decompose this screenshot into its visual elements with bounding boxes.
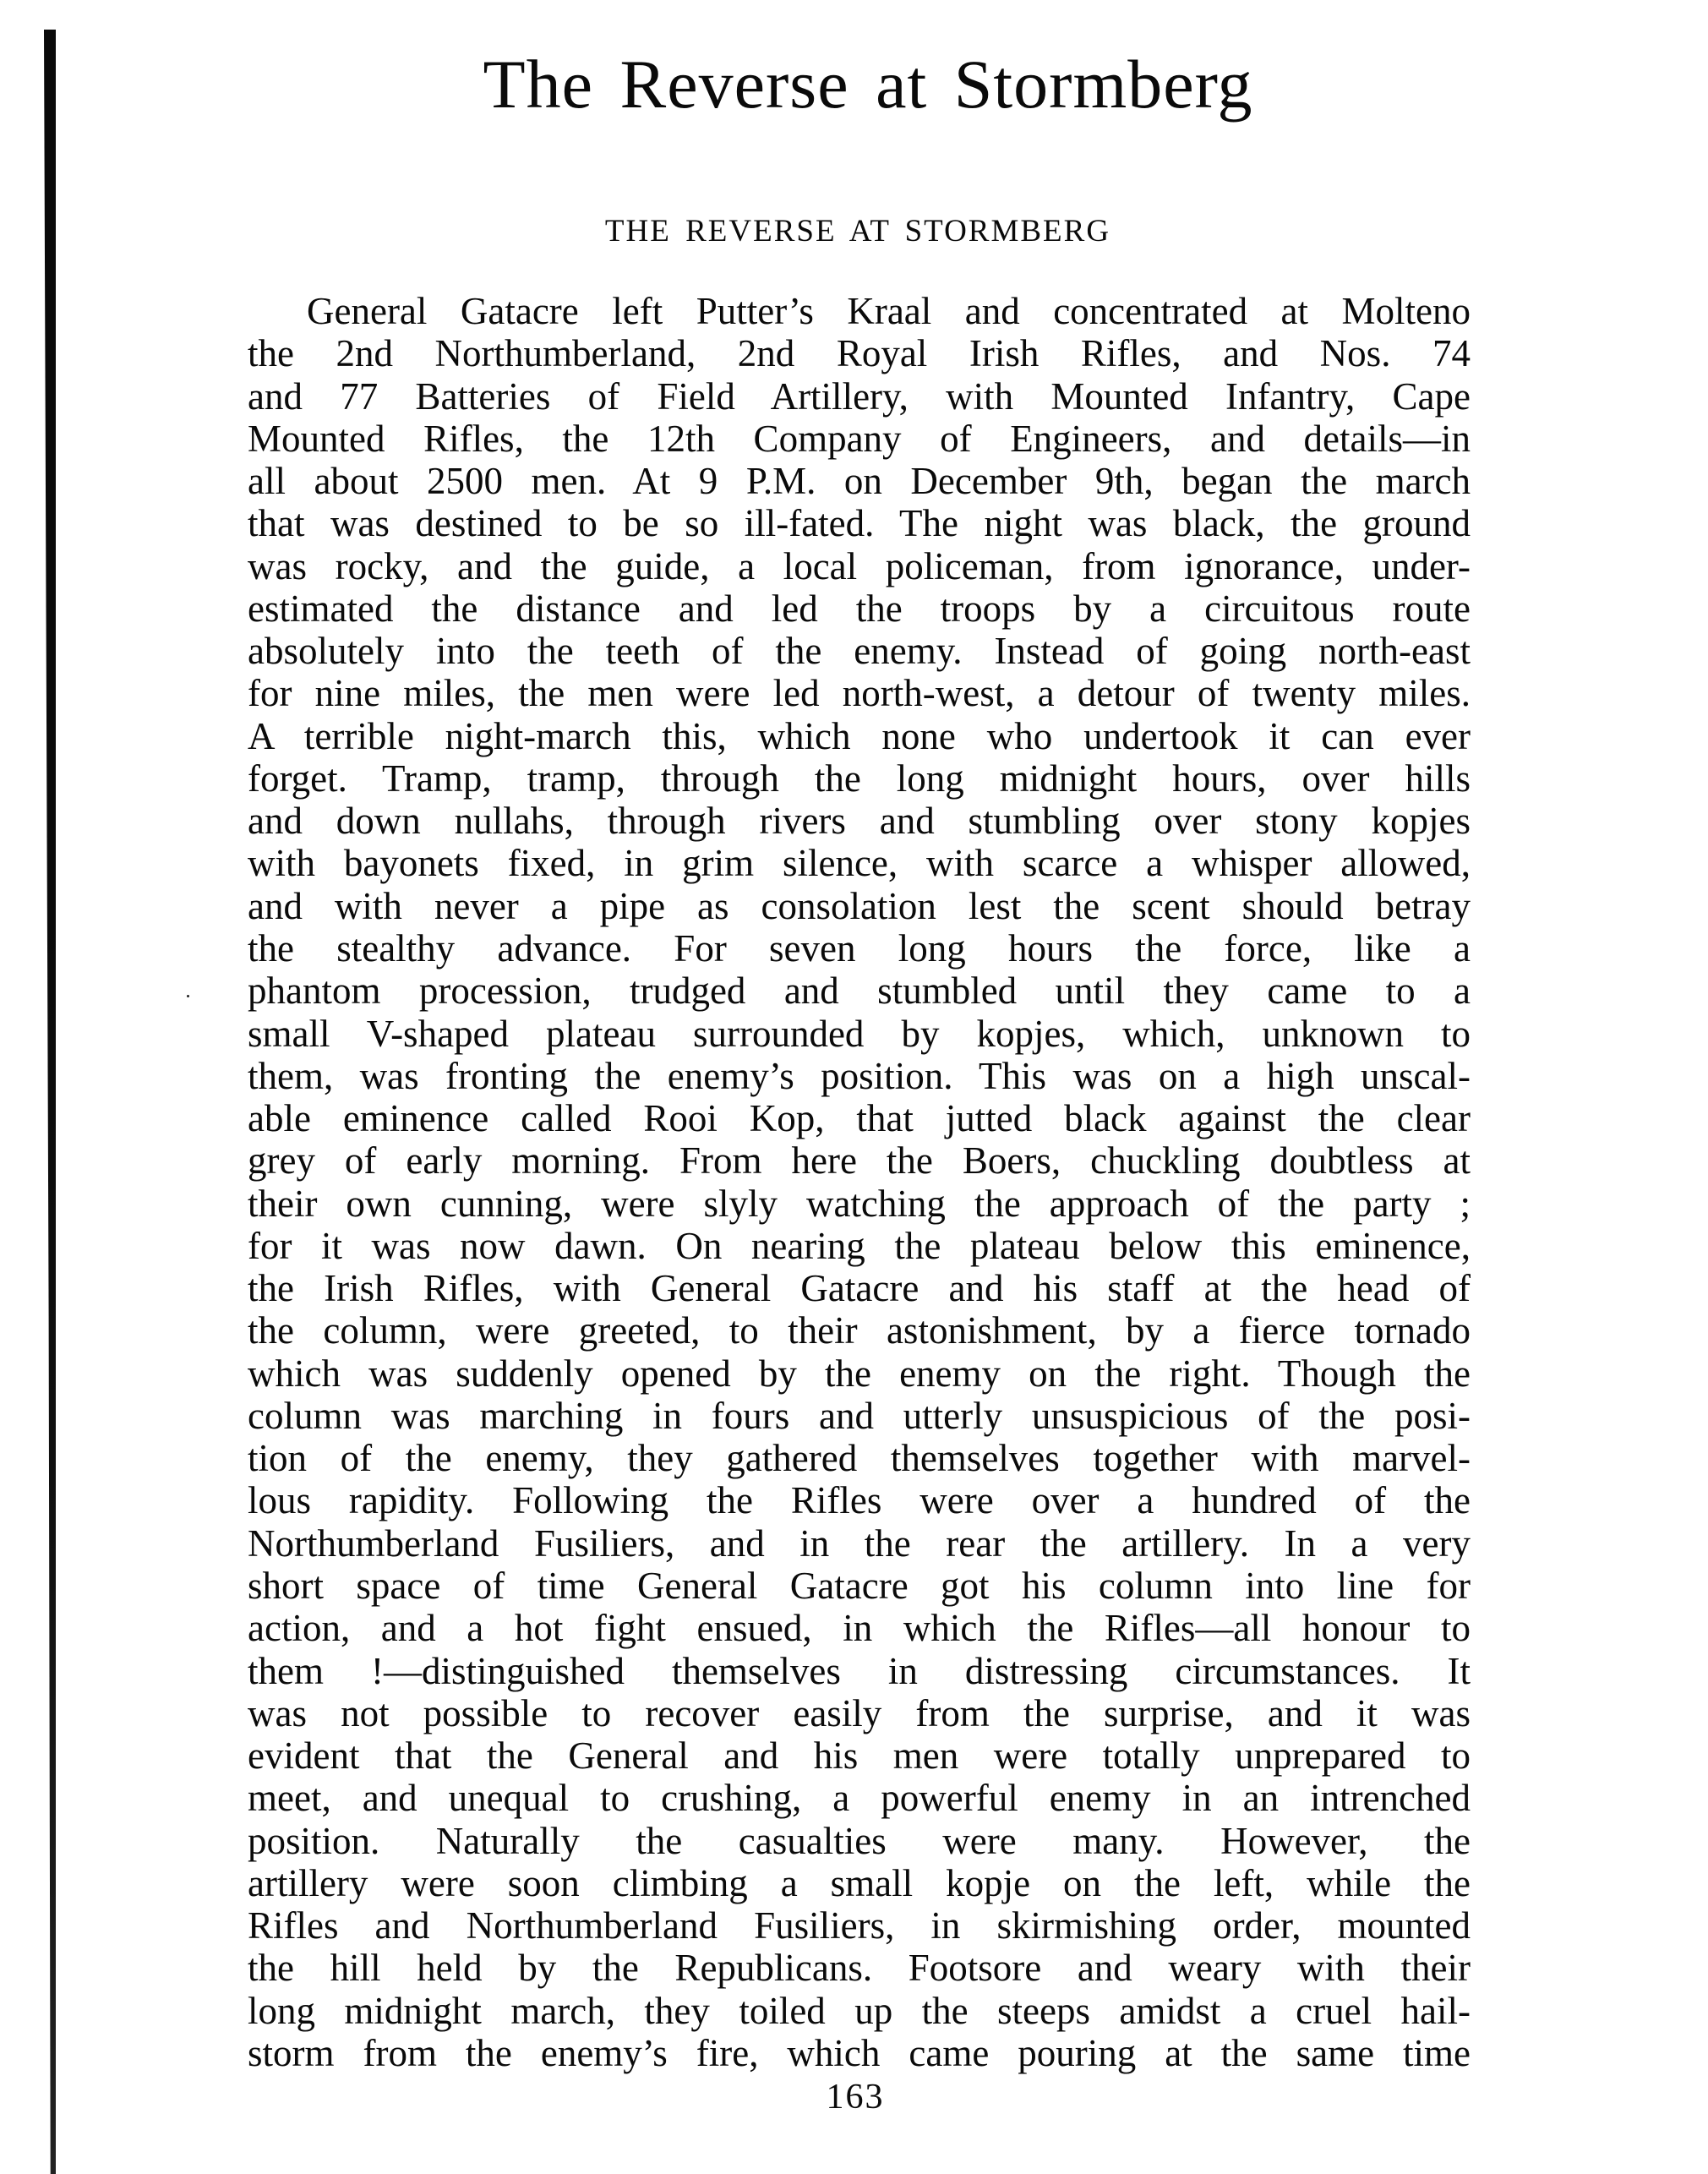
text-line: them, was fronting the enemy’s position.… [248, 1055, 1471, 1097]
book-page: The Reverse at Stormberg THE REVERSE AT … [0, 0, 1708, 2174]
text-line: lous rapidity. Following the Rifles were… [248, 1479, 1471, 1521]
text-line: and down nullahs, through rivers and stu… [248, 800, 1471, 842]
binding-edge-shadow [44, 30, 56, 2174]
chapter-title: THE REVERSE AT STORMBERG [507, 213, 1209, 250]
text-line: short space of time General Gatacre got … [248, 1565, 1471, 1607]
text-line: which was suddenly opened by the enemy o… [248, 1352, 1471, 1395]
text-line: the Irish Rifles, with General Gatacre a… [248, 1267, 1471, 1309]
text-line: was rocky, and the guide, a local police… [248, 545, 1471, 587]
text-line: the hill held by the Republicans. Footso… [248, 1947, 1471, 1989]
text-line: long midnight march, they toiled up the … [248, 1990, 1471, 2032]
text-line: small V-shaped plateau surrounded by kop… [248, 1013, 1471, 1055]
text-line: with bayonets fixed, in grim silence, wi… [248, 842, 1471, 884]
text-line: the stealthy advance. For seven long hou… [248, 927, 1471, 970]
body-text: General Gatacre left Putter’s Kraal and … [248, 290, 1471, 2074]
scan-speck [187, 995, 189, 997]
text-line: for it was now dawn. On nearing the plat… [248, 1225, 1471, 1267]
page-number: 163 [813, 2076, 898, 2118]
text-line: Northumberland Fusiliers, and in the rea… [248, 1522, 1471, 1565]
text-line: storm from the enemy’s fire, which came … [248, 2032, 1471, 2074]
text-line: A terrible night-march this, which none … [248, 715, 1471, 757]
text-line: estimated the distance and led the troop… [248, 587, 1471, 630]
text-line: meet, and unequal to crushing, a powerfu… [248, 1777, 1471, 1819]
text-line: position. Naturally the casualties were … [248, 1820, 1471, 1862]
text-line: absolutely into the teeth of the enemy. … [248, 630, 1471, 672]
text-line: all about 2500 men. At 9 P.M. on Decembe… [248, 460, 1471, 502]
text-line: General Gatacre left Putter’s Kraal and … [248, 290, 1471, 332]
text-line: Mounted Rifles, the 12th Company of Engi… [248, 418, 1471, 460]
text-line: the 2nd Northumberland, 2nd Royal Irish … [248, 332, 1471, 374]
running-head: The Reverse at Stormberg [471, 42, 1265, 127]
text-line: was not possible to recover easily from … [248, 1692, 1471, 1734]
text-line: that was destined to be so ill-fated. Th… [248, 502, 1471, 544]
text-line: them !—distinguished themselves in distr… [248, 1650, 1471, 1692]
text-line: action, and a hot fight ensued, in which… [248, 1607, 1471, 1649]
text-line: able eminence called Rooi Kop, that jutt… [248, 1097, 1471, 1139]
text-line: forget. Tramp, tramp, through the long m… [248, 757, 1471, 800]
text-line: grey of early morning. From here the Boe… [248, 1139, 1471, 1182]
text-line: phantom procession, trudged and stumbled… [248, 970, 1471, 1012]
text-line: tion of the enemy, they gathered themsel… [248, 1437, 1471, 1479]
text-line: artillery were soon climbing a small kop… [248, 1862, 1471, 1904]
text-line: the column, were greeted, to their aston… [248, 1309, 1471, 1352]
text-line: their own cunning, were slyly watching t… [248, 1183, 1471, 1225]
text-line: and 77 Batteries of Field Artillery, wit… [248, 375, 1471, 418]
text-line: Rifles and Northumberland Fusiliers, in … [248, 1904, 1471, 1947]
text-line: evident that the General and his men wer… [248, 1734, 1471, 1777]
text-line: for nine miles, the men were led north-w… [248, 672, 1471, 714]
text-line: column was marching in fours and utterly… [248, 1395, 1471, 1437]
text-line: and with never a pipe as consolation les… [248, 885, 1471, 927]
